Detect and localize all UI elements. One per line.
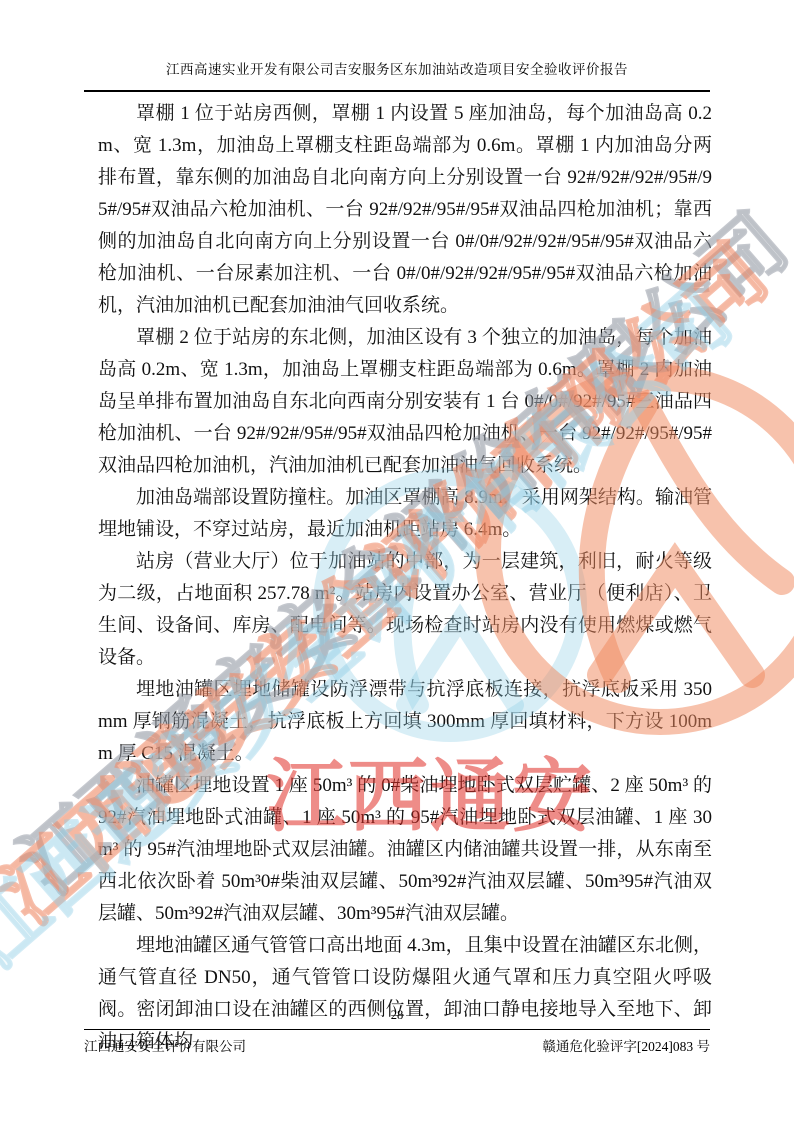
report-page: 江西高速实业开发有限公司吉安服务区东加油站改造项目安全验收评价报告 罩棚 1 位… [0,0,794,1123]
body-paragraph: 油罐区埋地设置 1 座 50m³ 的 0#柴油埋地卧式双层贮罐、2 座 50m³… [98,770,712,930]
page-header: 江西高速实业开发有限公司吉安服务区东加油站改造项目安全验收评价报告 [84,58,710,92]
footer-company: 江西通安安全评价有限公司 [84,1035,246,1055]
page-number: 28 [84,1008,710,1023]
body-paragraph: 罩棚 2 位于站房的东北侧，加油区设有 3 个独立的加油岛，每个加油岛高 0.2… [98,322,712,482]
body-paragraph: 罩棚 1 位于站房西侧，罩棚 1 内设置 5 座加油岛，每个加油岛高 0.2m、… [98,98,712,322]
header-title: 江西高速实业开发有限公司吉安服务区东加油站改造项目安全验收评价报告 [166,62,628,77]
body-paragraph: 加油岛端部设置防撞柱。加油区罩棚高 8.9m，采用网架结构。输油管埋地铺设，不穿… [98,482,712,546]
footer-doc-number: 赣通危化验评字[2024]083 号 [542,1035,710,1055]
document-body: 罩棚 1 位于站房西侧，罩棚 1 内设置 5 座加油岛，每个加油岛高 0.2m、… [98,98,712,1058]
body-paragraph: 站房（营业大厅）位于加油站的中部，为一层建筑，利旧，耐火等级为二级，占地面积 2… [98,546,712,674]
footer-row: 江西通安安全评价有限公司 赣通危化验评字[2024]083 号 [84,1029,710,1055]
body-paragraph: 埋地油罐区埋地储罐设防浮漂带与抗浮底板连接，抗浮底板采用 350mm 厚钢筋混凝… [98,674,712,770]
page-footer: 28 江西通安安全评价有限公司 赣通危化验评字[2024]083 号 [84,1008,710,1055]
